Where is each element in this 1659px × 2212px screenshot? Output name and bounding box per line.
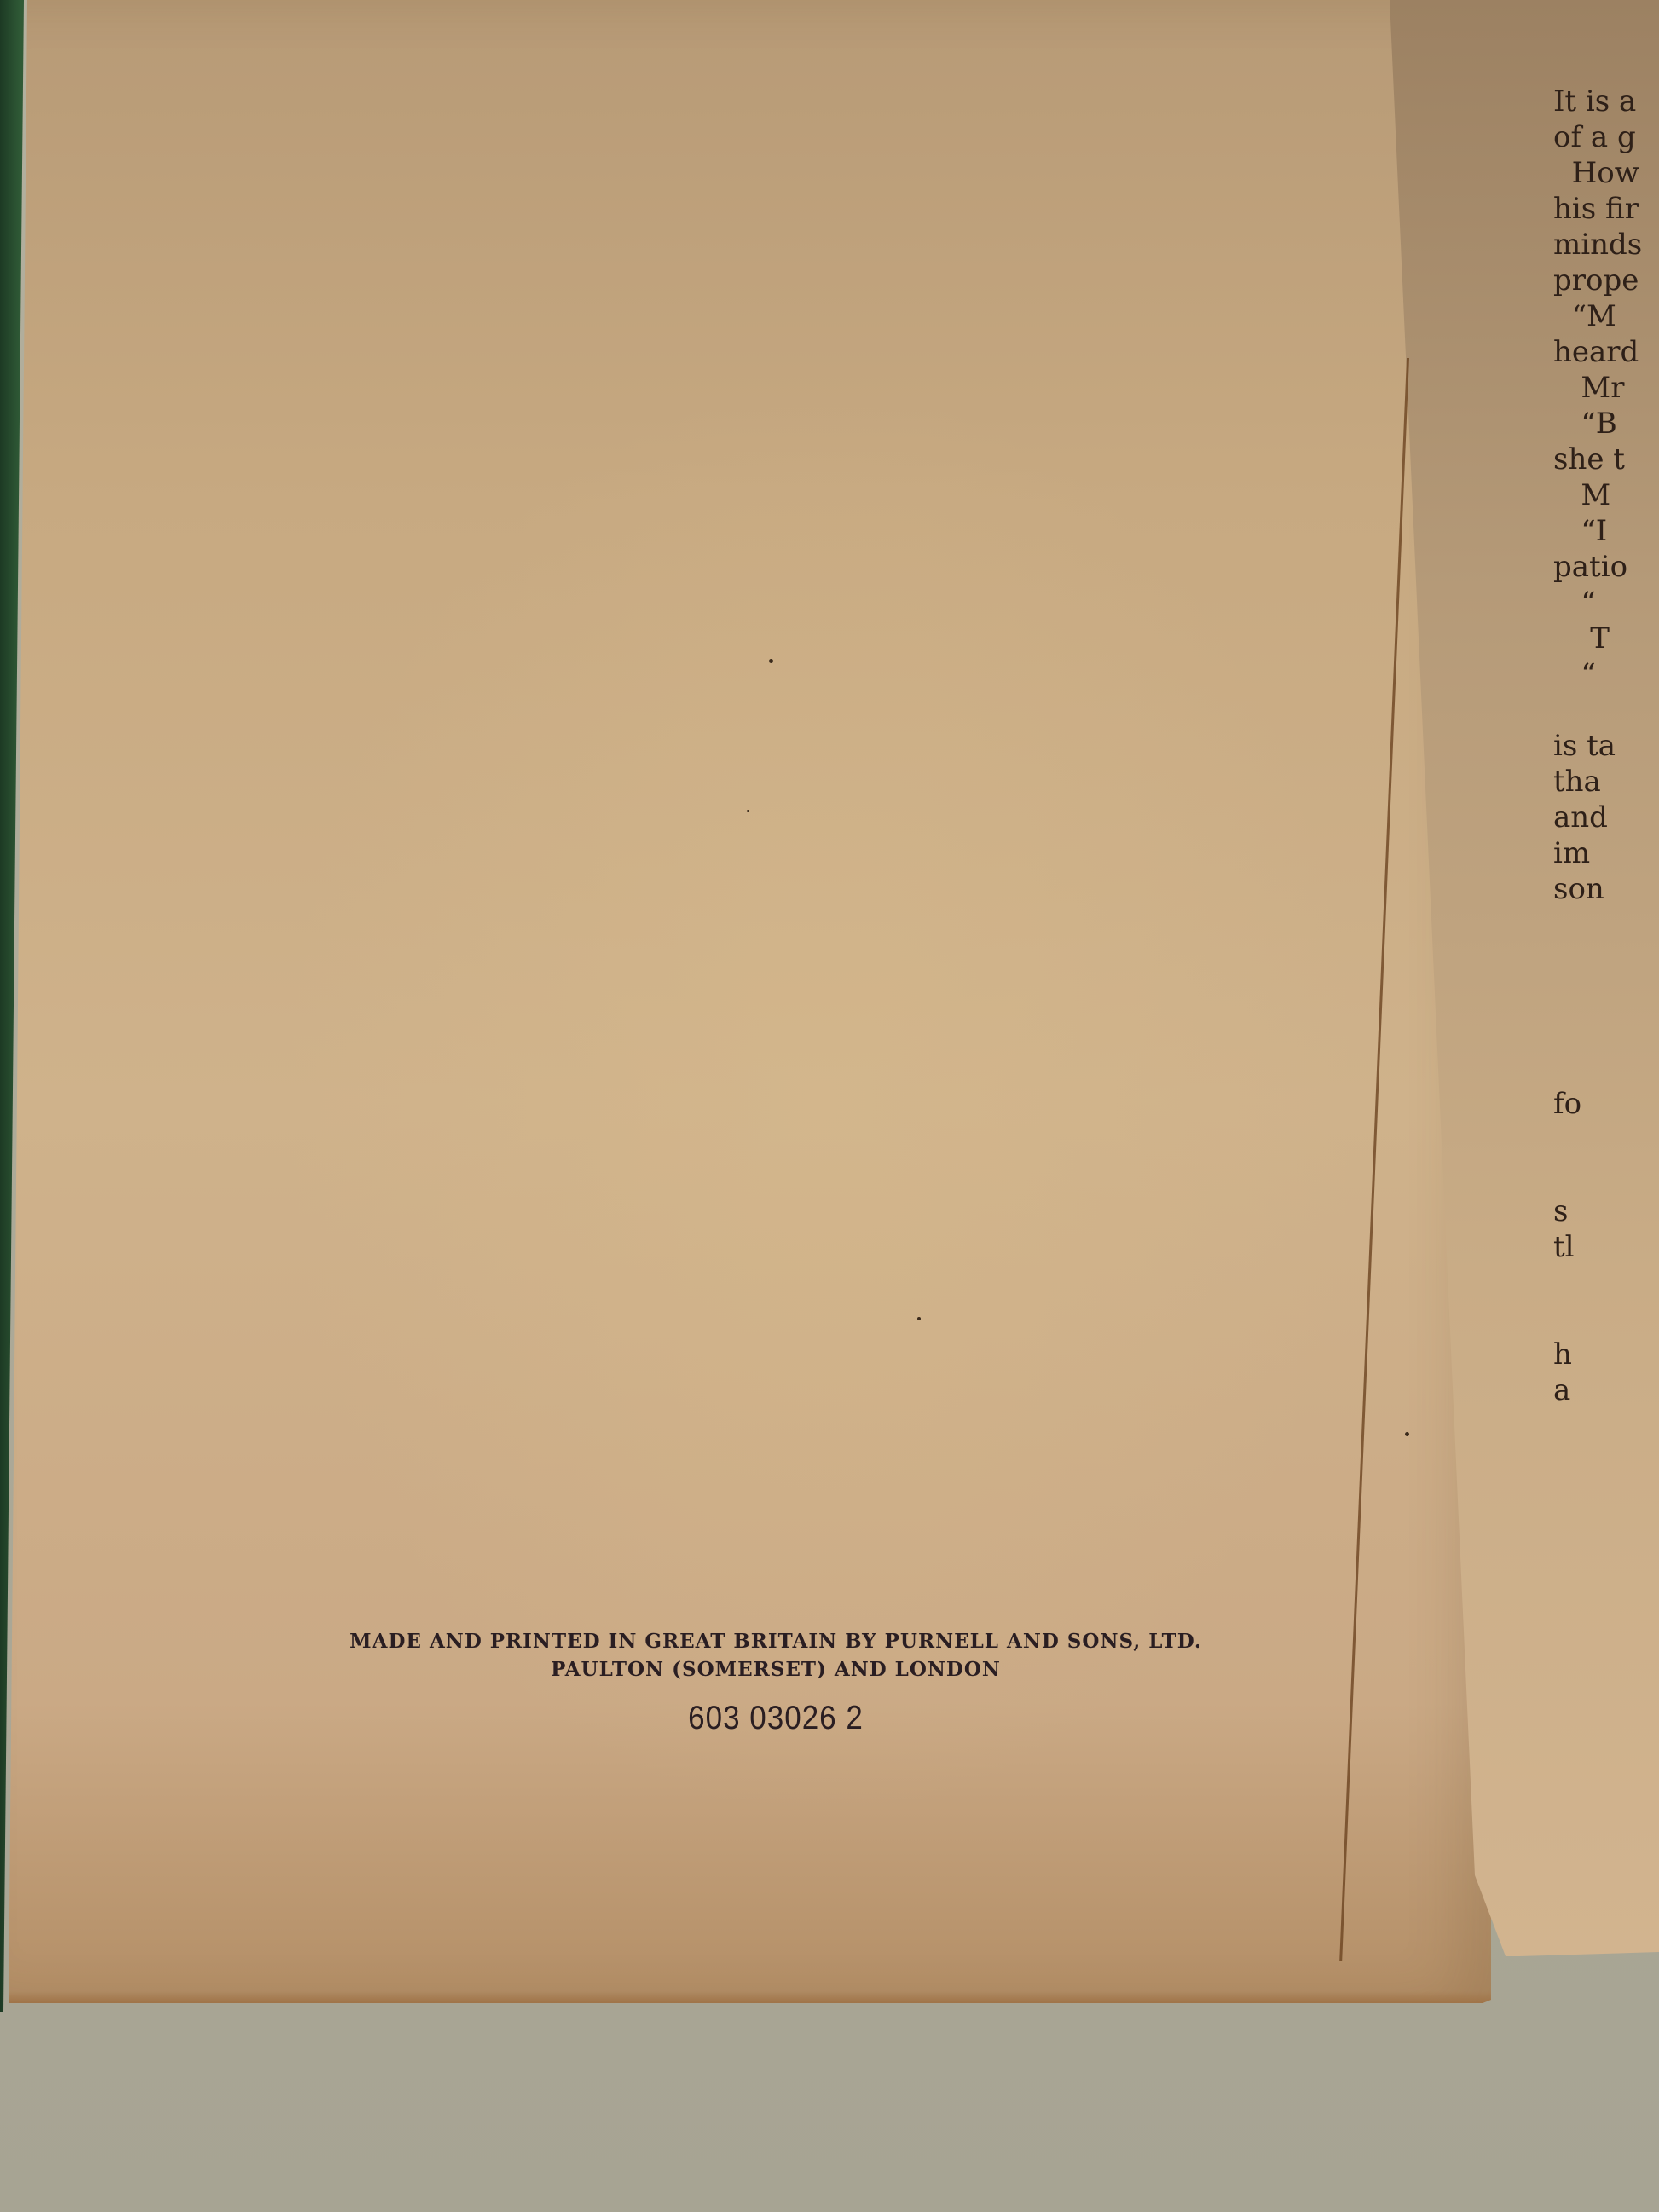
facing-text-line: tl (1553, 1229, 1659, 1265)
facing-text-line: Mr (1553, 370, 1659, 406)
facing-text-line: h (1553, 1337, 1659, 1372)
facing-text-line: “ (1553, 656, 1659, 692)
facing-text-line: s (1553, 1193, 1659, 1229)
facing-text-line: of a g (1553, 119, 1659, 155)
facing-text-line: T (1553, 621, 1659, 656)
facing-text-line: im (1553, 835, 1659, 871)
paper-speck (747, 810, 749, 812)
facing-text-line: “I (1553, 513, 1659, 549)
printer-line: MADE AND PRINTED IN GREAT BRITAIN BY PUR… (324, 1630, 1228, 1653)
facing-text-line: son (1553, 871, 1659, 907)
facing-page-text: It is aof a g Howhis firmindsprope “Mhea… (1553, 84, 1659, 1408)
facing-text-line: she t (1553, 442, 1659, 477)
facing-text-line: is ta (1553, 728, 1659, 764)
facing-text-line (1553, 1301, 1659, 1337)
facing-text-line: “ (1553, 585, 1659, 621)
printer-location: PAULTON (SOMERSET) AND LONDON (324, 1658, 1228, 1681)
colophon: MADE AND PRINTED IN GREAT BRITAIN BY PUR… (324, 1630, 1228, 1736)
facing-text-line (1553, 1122, 1659, 1158)
facing-text-line: his fir (1553, 191, 1659, 227)
facing-text-line (1553, 692, 1659, 728)
isbn-number: 603 03026 2 (324, 1700, 1228, 1737)
facing-text-line (1553, 979, 1659, 1014)
facing-text-line: patio (1553, 549, 1659, 585)
paper-speck (1405, 1432, 1409, 1436)
facing-text-line: heard (1553, 334, 1659, 370)
facing-text-line: and (1553, 800, 1659, 835)
facing-text-line: How (1553, 155, 1659, 191)
facing-text-line: “M (1553, 298, 1659, 334)
facing-text-line: M (1553, 477, 1659, 513)
facing-text-line (1553, 1014, 1659, 1050)
facing-text-line (1553, 1158, 1659, 1193)
facing-text-line: fo (1553, 1086, 1659, 1122)
facing-text-line (1553, 943, 1659, 979)
paper-speck (769, 659, 773, 663)
facing-text-line: “B (1553, 406, 1659, 442)
facing-text-line: It is a (1553, 84, 1659, 119)
facing-text-line: a (1553, 1372, 1659, 1408)
facing-text-line (1553, 907, 1659, 943)
facing-text-line: minds (1553, 227, 1659, 263)
facing-text-line: tha (1553, 764, 1659, 800)
facing-text-line: prope (1553, 263, 1659, 298)
facing-text-line (1553, 1265, 1659, 1301)
paper-speck (917, 1317, 921, 1320)
facing-text-line (1553, 1050, 1659, 1086)
